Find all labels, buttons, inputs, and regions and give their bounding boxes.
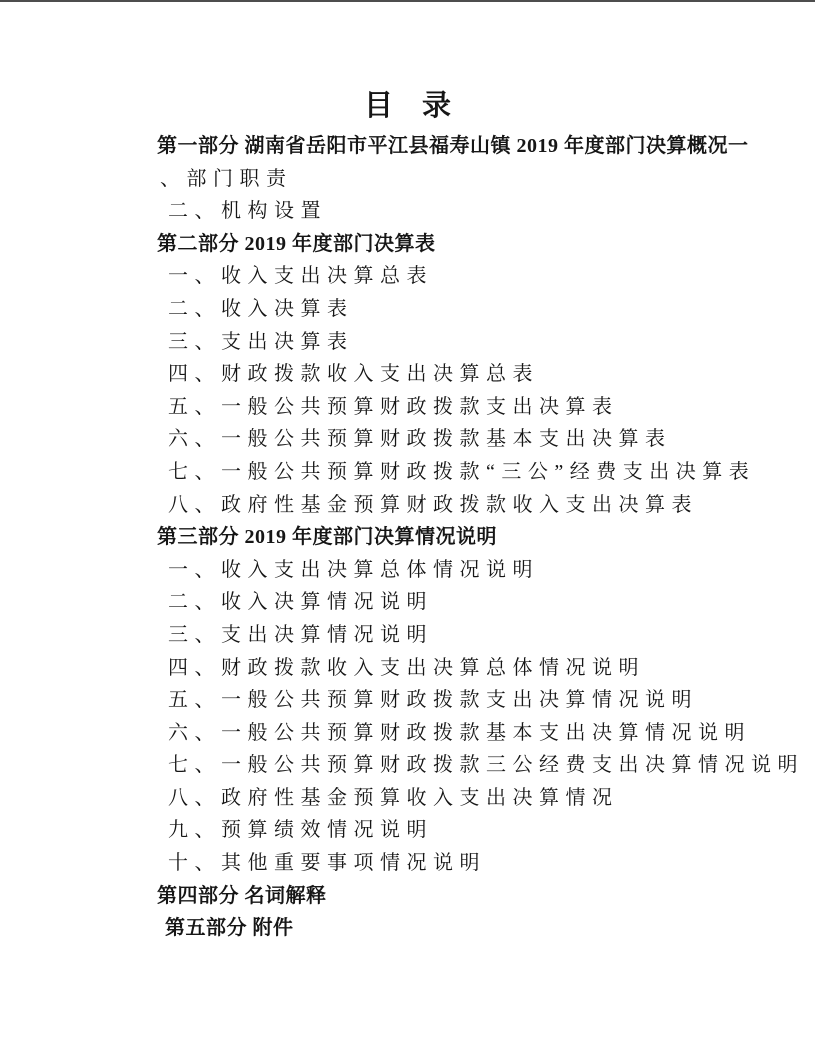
toc-item: 三、支出决算表 [0,326,815,359]
toc-item: 四、财政拨款收入支出决算总表 [0,358,815,391]
toc-item: 二、收入决算表 [0,293,815,326]
toc-item: 十、其他重要事项情况说明 [0,847,815,880]
toc-section-heading: 第一部分 湖南省岳阳市平江县福寿山镇 2019 年度部门决算概况一 [0,130,815,163]
toc-item: 六、一般公共预算财政拨款基本支出决算表 [0,423,815,456]
toc-section-heading: 第三部分 2019 年度部门决算情况说明 [0,521,815,554]
toc-item: 一、收入支出决算总表 [0,260,815,293]
toc-item: 五、一般公共预算财政拨款支出决算情况说明 [0,684,815,717]
toc-item: 一、收入支出决算总体情况说明 [0,554,815,587]
toc-section-heading: 第四部分 名词解释 [0,880,815,913]
toc-item: 六、一般公共预算财政拨款基本支出决算情况说明 [0,717,815,750]
toc-item: 二、机构设置 [0,195,815,228]
toc-list: 第一部分 湖南省岳阳市平江县福寿山镇 2019 年度部门决算概况一、部门职责二、… [0,130,815,945]
page-top-edge-line [0,0,815,2]
document-page: 目 录 第一部分 湖南省岳阳市平江县福寿山镇 2019 年度部门决算概况一、部门… [0,0,815,1055]
toc-item: 二、收入决算情况说明 [0,586,815,619]
toc-section-heading: 第二部分 2019 年度部门决算表 [0,228,815,261]
toc-item: 九、预算绩效情况说明 [0,814,815,847]
toc-item: 五、一般公共预算财政拨款支出决算表 [0,391,815,424]
toc-section-heading: 第五部分 附件 [0,912,815,945]
toc-item: 七、一般公共预算财政拨款三公经费支出决算情况说明 [0,749,815,782]
toc-item: 三、支出决算情况说明 [0,619,815,652]
toc-item: 七、一般公共预算财政拨款“三公”经费支出决算表 [0,456,815,489]
toc-item: 四、财政拨款收入支出决算总体情况说明 [0,652,815,685]
toc-item: 、部门职责 [0,163,815,196]
toc-title: 目 录 [0,89,815,124]
toc-item: 八、政府性基金预算收入支出决算情况 [0,782,815,815]
toc-item: 八、政府性基金预算财政拨款收入支出决算表 [0,489,815,522]
